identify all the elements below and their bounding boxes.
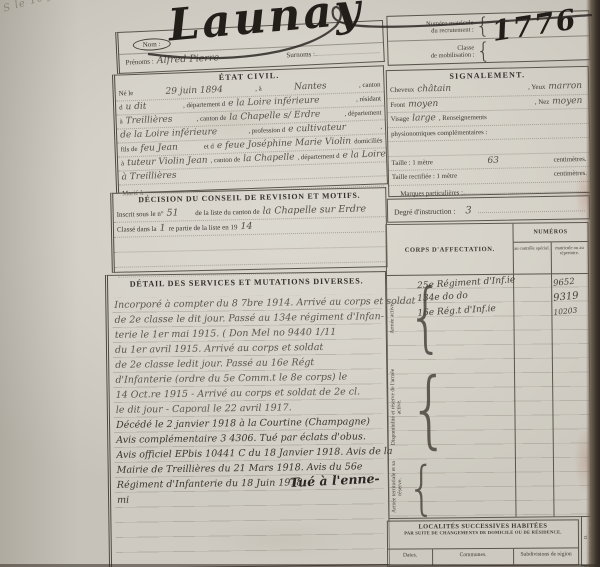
brace-glyph: { (409, 364, 450, 452)
localites-table: LOCALITÉS SUCCESSIVES HABITÉES PAR SUITE… (387, 519, 579, 566)
page-left-shade (0, 0, 112, 567)
surnoms-label: Surnoms : (286, 50, 315, 59)
prenoms-value: Alfred Pierre (156, 52, 219, 66)
instruction-label: Degré d'instruction : (394, 207, 455, 217)
instruction-row: Degré d'instruction : 3 (387, 195, 590, 223)
services-title: DÉTAIL DES SERVICES ET MUTATIONS DIVERSE… (108, 276, 385, 289)
zone-disponibilite-label: Disponibilité et réserve de l'armée acti… (390, 361, 404, 453)
register-scan: S le 10 juin 1918 Launay Nom : Prénoms :… (0, 0, 600, 567)
brace-glyph: { (476, 38, 491, 63)
brace-glyph: { (475, 13, 490, 38)
numeros-title: NUMÉROS (513, 223, 587, 243)
localites-subtitle: PAR SUITE DE CHANGEMENTS DE DOMICILE OU … (388, 529, 578, 535)
etat-civil-section: ÉTAT CIVIL. Né le 29 juin 1894 , à Nante… (112, 65, 388, 193)
col-subdivisions: Subdivisions de région (513, 548, 578, 564)
zone-armee-active-label: Armée active. (389, 278, 396, 358)
service-entry: mi (117, 489, 382, 508)
brace-glyph: { (408, 457, 436, 519)
nom-label: Nom : (133, 38, 171, 52)
col-communes: Communes. (432, 549, 513, 566)
services-section: DÉTAIL DES SERVICES ET MUTATIONS DIVERSE… (105, 271, 390, 567)
matricule-label: Numéro matricule du recrutement : (387, 19, 473, 36)
prenoms-label: Prénoms : (125, 57, 154, 66)
decision-section: DÉCISION DU CONSEIL DE REVISION ET MOTIF… (110, 187, 388, 273)
services-ruled-area: Incorporé à compter du 8 7bre 1914. Arri… (112, 294, 385, 566)
col-matricule-repertoire: matricule ou au répertoire. (550, 242, 588, 273)
corps-title: CORPS D'AFFECTATION. (386, 224, 513, 275)
book-binding-edge (586, 0, 600, 567)
corps-table-header: CORPS D'AFFECTATION. NUMÉROS au contrôle… (386, 223, 588, 276)
col-controle-special: au contrôle spécial. (514, 242, 551, 273)
recruitment-box: Numéro matricule du recrutement : { 1776… (386, 10, 590, 66)
zone-territoriale-label: Armée territoriale et sa réserve. (391, 457, 404, 517)
classe-mobilisation-label: Classe de mobilisation : (388, 44, 474, 61)
signalement-section: SIGNALEMENT. Cheveux châtain , Yeux marr… (386, 66, 592, 197)
instruction-value: 3 (465, 205, 472, 216)
corps-affectation-table: CORPS D'AFFECTATION. NUMÉROS au contrôle… (385, 222, 591, 519)
